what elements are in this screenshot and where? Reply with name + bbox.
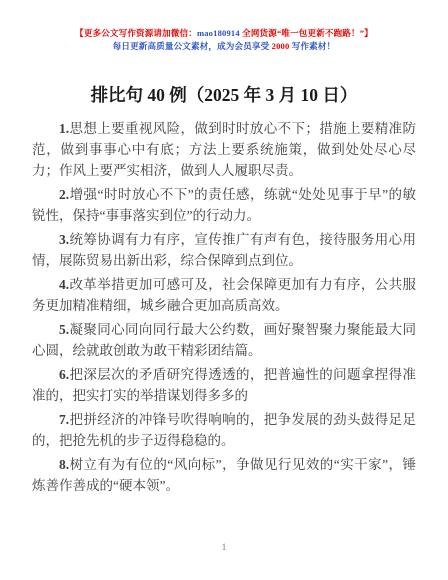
paragraph-number: 6. <box>59 367 69 382</box>
paragraph-text: 把深层次的矛盾研究得透透的，把普遍性的问题拿捏得准准的，把实打实的举措谋划得多多… <box>32 367 416 403</box>
paragraph-text: 统筹协调有力有序，宣传推广有声有色，接待服务用心用情，展陈贸易出新出彩，综合保障… <box>32 232 416 268</box>
promo-text-suffix: 全网货源“唯一包更新不跑路！”】 <box>240 28 373 38</box>
paragraph: 1.思想上要重视风险，做到时时放心不下；措施上要精准防范，做到事事心中有底；方法… <box>32 118 416 181</box>
paragraph: 3.统筹协调有力有序，宣传推广有声有色，接待服务用心用情，展陈贸易出新出彩，综合… <box>32 229 416 271</box>
paragraph: 6.把深层次的矛盾研究得透透的，把普遍性的问题拿捏得准准的，把实打实的举措谋划得… <box>32 364 416 406</box>
paragraph: 7.把拼经济的冲锋号吹得响响的，把争发展的劲头鼓得足足的，把抢先机的步子迈得稳稳… <box>32 409 416 451</box>
promo-wechat-id: mao180914 <box>197 28 240 38</box>
paragraph-number: 7. <box>59 412 69 427</box>
paragraph-number: 2. <box>59 187 69 202</box>
promo-material-count: 2000 <box>272 41 290 51</box>
paragraph: 4.改革举措更加可感可及，社会保障更加有力有序，公共服务更加精准精细，城乡融合更… <box>32 274 416 316</box>
promo-header: 【更多公文写作资源请加微信：mao180914 全网货源“唯一包更新不跑路！”】… <box>0 0 448 53</box>
paragraph-text: 把拼经济的冲锋号吹得响响的，把争发展的劲头鼓得足足的，把抢先机的步子迈得稳稳的。 <box>32 412 416 448</box>
paragraph-text: 改革举措更加可感可及，社会保障更加有力有序，公共服务更加精准精细，城乡融合更加高… <box>32 277 416 313</box>
promo-line-1: 【更多公文写作资源请加微信：mao180914 全网货源“唯一包更新不跑路！”】 <box>0 27 448 40</box>
paragraph-number: 4. <box>59 277 69 292</box>
promo-line2-prefix: 每日更新高质量公文素材，成为会员享受 <box>113 41 272 51</box>
document-body: 1.思想上要重视风险，做到时时放心不下；措施上要精准防范，做到事事心中有底；方法… <box>32 118 416 496</box>
paragraph-text: 树立有为有位的“风向标”，争做见行见效的“实干家”，锤炼善作善成的“硬本领”。 <box>32 457 416 493</box>
paragraph-number: 5. <box>59 322 69 337</box>
page-number: 1 <box>222 542 227 552</box>
document-page: 【更多公文写作资源请加微信：mao180914 全网货源“唯一包更新不跑路！”】… <box>0 0 448 580</box>
paragraph-text: 凝聚同心同向同行最大公约数，画好聚智聚力聚能最大同心圆，绘就敢创敢为敢干精彩团结… <box>32 322 416 358</box>
paragraph: 8.树立有为有位的“风向标”，争做见行见效的“实干家”，锤炼善作善成的“硬本领”… <box>32 454 416 496</box>
paragraph: 2.增强“时时放心不下”的责任感，练就“处处见事于早”的敏锐性，保持“事事落实到… <box>32 184 416 226</box>
promo-text-prefix: 【更多公文写作资源请加微信： <box>75 28 197 38</box>
promo-line2-suffix: 写作素材！ <box>289 41 335 51</box>
document-title: 排比句 40 例（2025 年 3 月 10 日） <box>0 83 448 107</box>
paragraph-text: 增强“时时放心不下”的责任感，练就“处处见事于早”的敏锐性，保持“事事落实到位”… <box>32 187 416 223</box>
paragraph: 5.凝聚同心同向同行最大公约数，画好聚智聚力聚能最大同心圆，绘就敢创敢为敢干精彩… <box>32 319 416 361</box>
paragraph-text: 思想上要重视风险，做到时时放心不下；措施上要精准防范，做到事事心中有底；方法上要… <box>32 121 416 178</box>
promo-line-2: 每日更新高质量公文素材，成为会员享受 2000 写作素材！ <box>0 40 448 53</box>
paragraph-number: 1. <box>59 121 69 136</box>
paragraph-number: 3. <box>59 232 69 247</box>
paragraph-number: 8. <box>59 457 69 472</box>
